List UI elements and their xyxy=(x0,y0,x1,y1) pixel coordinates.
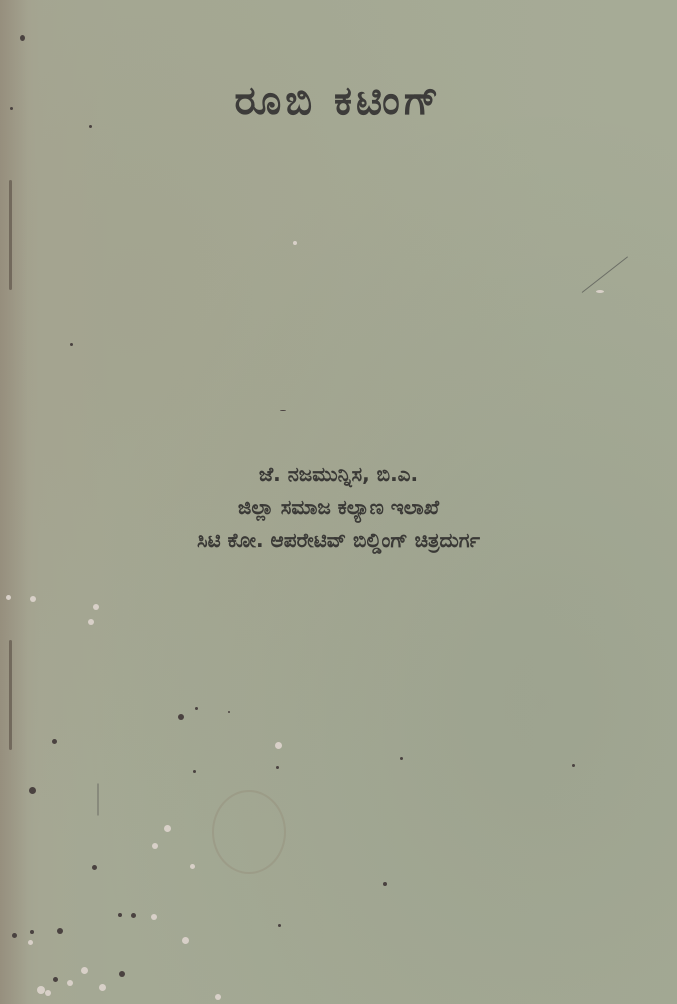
speck xyxy=(383,882,387,886)
speck xyxy=(37,986,45,994)
speck xyxy=(278,924,281,927)
speck xyxy=(151,914,157,920)
speck xyxy=(20,35,25,41)
speck xyxy=(88,619,94,625)
speck xyxy=(99,984,106,991)
author-department: ಜಿಲ್ಲಾ ಸಮಾಜ ಕಲ್ಯಾಣ ಇಲಾಖೆ xyxy=(0,491,677,524)
speck xyxy=(57,928,63,934)
speck xyxy=(12,933,17,938)
speck xyxy=(152,843,158,849)
speck xyxy=(280,410,286,411)
speck xyxy=(119,971,125,977)
speck xyxy=(275,742,282,749)
water-stain xyxy=(212,790,286,874)
speck xyxy=(400,757,403,760)
speck xyxy=(67,980,73,986)
speck xyxy=(93,604,99,610)
speck xyxy=(6,595,11,600)
author-name: ಜೆ. ನಜಮುನ್ನಿಸ, ಬಿ.ಎ. xyxy=(0,458,677,491)
speck xyxy=(215,994,221,1000)
author-address: ಸಿಟಿ ಕೋ. ಆಪರೇಟಿವ್ ಬಿಲ್ಡಿಂಗ್ ಚಿತ್ರದುರ್ಗ xyxy=(0,524,677,557)
speck xyxy=(182,937,189,944)
speck xyxy=(293,241,297,245)
speck xyxy=(572,764,575,767)
speck xyxy=(29,787,36,794)
binding-stitch xyxy=(9,640,12,750)
speck xyxy=(92,865,97,870)
author-block: ಜೆ. ನಜಮುನ್ನಿಸ, ಬಿ.ಎ. ಜಿಲ್ಲಾ ಸಮಾಜ ಕಲ್ಯಾಣ … xyxy=(0,458,677,557)
speck xyxy=(52,739,57,744)
speck xyxy=(178,714,184,720)
speck xyxy=(190,864,195,869)
speck xyxy=(70,343,73,346)
speck xyxy=(30,930,34,934)
scratch-mark xyxy=(98,784,99,816)
book-cover: ರೂಬಿ ಕಟಿಂಗ್ ಜೆ. ನಜಮುನ್ನಿಸ, ಬಿ.ಎ. ಜಿಲ್ಲಾ … xyxy=(0,0,677,1004)
speck xyxy=(164,825,171,832)
speck xyxy=(131,913,136,918)
speck xyxy=(195,707,198,710)
speck xyxy=(193,770,196,773)
speck xyxy=(118,913,122,917)
speck xyxy=(276,766,279,769)
speck xyxy=(89,125,92,128)
speck xyxy=(45,990,51,996)
book-title: ರೂಬಿ ಕಟಿಂಗ್ xyxy=(0,78,677,124)
speck xyxy=(228,711,230,713)
speck xyxy=(28,940,33,945)
speck xyxy=(30,596,36,602)
speck xyxy=(596,290,604,293)
scratch-mark xyxy=(582,256,628,292)
speck xyxy=(81,967,88,974)
speck xyxy=(53,977,58,982)
binding-stitch xyxy=(9,180,12,290)
speck xyxy=(10,107,13,110)
